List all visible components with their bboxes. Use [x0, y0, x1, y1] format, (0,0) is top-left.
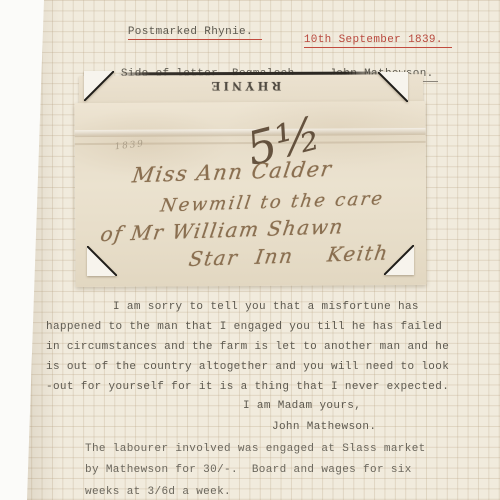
footnote-line-2: by Mathewson for 30/-. Board and wages f…	[85, 464, 412, 476]
letter-excerpt-line-2: happened to the man that I engaged you t…	[46, 321, 442, 333]
photo-corner-top-left	[84, 71, 114, 101]
letter-excerpt-line-4: is out of the country altogether and you…	[46, 361, 449, 373]
photo-corner-top-right	[378, 72, 408, 102]
letter-excerpt-line-1: I am sorry to tell you that a misfortune…	[113, 301, 419, 313]
date-caption-text: 10th September 1839.	[304, 34, 452, 48]
letter-excerpt-line-3: in circumstances and the farm is let to …	[46, 341, 449, 353]
page-edge-shadow	[27, 0, 61, 500]
rhynie-handstamp: RHYNIE	[208, 78, 281, 94]
postmark-caption-text: Postmarked Rhynie.	[128, 26, 262, 40]
letter-excerpt-line-5: -out for yourself for it is a thing that…	[46, 381, 449, 393]
photo-corner-bottom-right	[384, 245, 414, 275]
postmark-caption: Postmarked Rhynie.	[100, 14, 262, 50]
address-line-2: Newmill to the care	[159, 188, 386, 216]
footnote-line-1: The labourer involved was engaged at Sla…	[85, 443, 426, 455]
mounted-cover: 1839 5½ Miss Ann Calder Newmill to the c…	[74, 101, 426, 287]
address-line-4: Star Inn Keith	[187, 241, 390, 271]
pencil-year-note: 1839	[114, 139, 145, 152]
letter-signature-line: John Mathewson.	[272, 421, 376, 433]
address-line-1: Miss Ann Calder	[131, 157, 334, 187]
date-caption: 10th September 1839.	[276, 22, 452, 58]
letter-closing-line: I am Madam yours,	[243, 400, 361, 412]
footnote-line-3: weeks at 3/6d a week.	[85, 486, 231, 498]
photo-corner-bottom-left	[87, 246, 117, 276]
address-line-3: of Mr William Shawn	[99, 214, 346, 246]
